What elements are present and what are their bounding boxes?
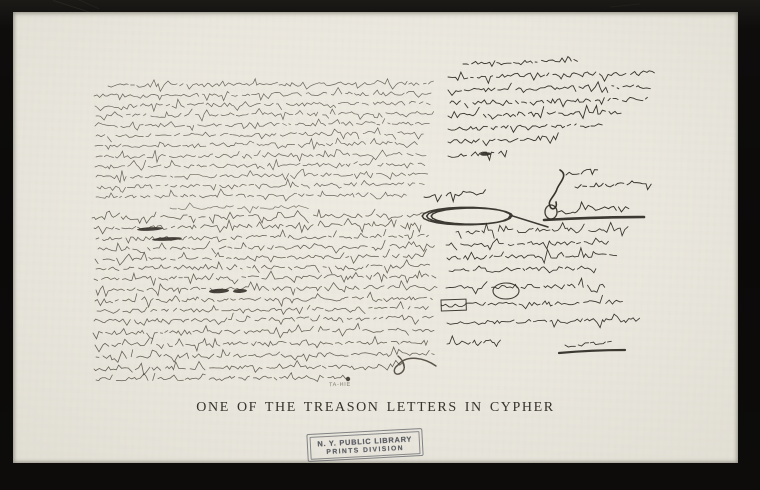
caption: ONE OF THE TREASON LETTERS IN CYPHER xyxy=(13,400,738,416)
letter-card xyxy=(13,12,738,463)
paper-texture xyxy=(13,12,738,463)
credit-mark: TA-HIE xyxy=(329,382,351,388)
scratch-mark xyxy=(610,3,640,7)
stamp-inner-border: N. Y. PUBLIC LIBRARY PRINTS DIVISION xyxy=(309,431,421,460)
